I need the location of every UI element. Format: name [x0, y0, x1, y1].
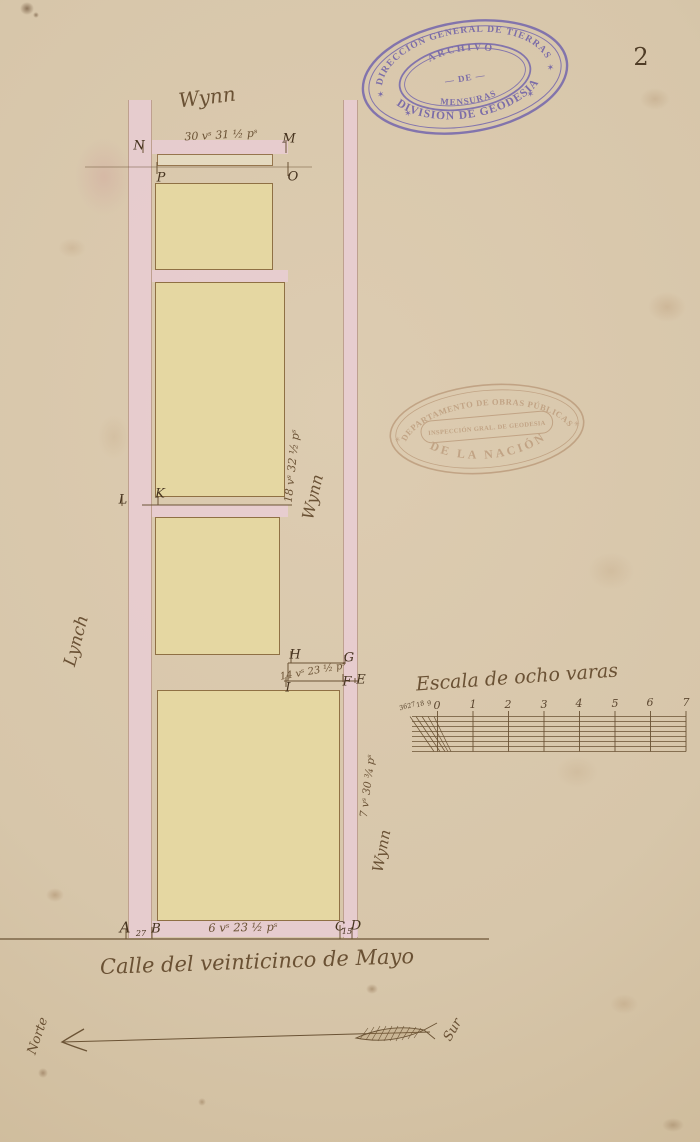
scale-unit-7: 7	[683, 696, 690, 709]
neighbor-name-top: Wynn	[177, 84, 236, 111]
stamp-obras-inner-text: INSPECCIÓN GRAL. DE GEODESIA	[428, 419, 546, 437]
stamp-obras: DEPARTAMENTO DE OBRAS PÚBLICAS INSPECCIÓ…	[387, 377, 588, 482]
stamp-tierras-inner-ring-2	[400, 40, 529, 113]
stamp-tierras-arc-bottom: DIVISION DE GEODESIA	[393, 75, 545, 132]
stamp-tierras-star-bl-icon: ✶	[404, 109, 413, 120]
stamp-obras-outer-ring	[387, 377, 588, 482]
setback-rect	[157, 154, 273, 166]
arrow-feather	[356, 1028, 424, 1040]
stamp-obras-outer-ring-2	[392, 383, 581, 476]
scale-unit-1: 1	[470, 698, 477, 711]
scale-unit-5: 5	[612, 697, 619, 710]
paper-stain	[662, 1118, 684, 1132]
stamp-tierras-arc-bottom-text: DIVISION DE GEODESIA	[393, 75, 545, 132]
survey-plan-page: 2	[0, 0, 700, 1142]
dimension-bottom: 6 vˢ 23 ½ pˢ	[208, 922, 278, 935]
parcel-3	[155, 517, 280, 655]
stamp-obras-inner-box	[420, 410, 553, 443]
paper-stain	[588, 552, 634, 590]
scale-unit-3: 3	[541, 698, 548, 711]
point-I: I	[285, 682, 290, 695]
paper-stain	[610, 994, 638, 1014]
arrow-shaft	[62, 1032, 430, 1042]
point-K: K	[155, 488, 165, 501]
stamp-tierras-inner-ring	[395, 35, 535, 119]
paper-stain	[198, 1098, 206, 1106]
point-E: E	[356, 674, 366, 687]
point-G: G	[344, 652, 354, 665]
stamp-tierras-star-left-icon: ✶	[376, 90, 385, 101]
point-D: D	[351, 920, 361, 933]
scale-unit-4: 4	[575, 697, 583, 710]
stamp-obras-star-left-icon: ✳	[394, 436, 401, 444]
paper-stain	[98, 415, 130, 459]
street-name: Calle del veinticinco de Mayo	[100, 946, 415, 978]
point-A: A	[120, 921, 131, 936]
street-strip-north	[152, 140, 288, 154]
parcel-2	[155, 282, 285, 497]
stamp-tierras-inner-line1: ARCHIVO	[425, 38, 497, 65]
paper-stain	[648, 292, 686, 322]
stamp-tierras: DIRECCION GENERAL DE TIERRAS DIVISION DE…	[355, 7, 576, 148]
paper-stain	[640, 88, 670, 110]
paper-stain	[58, 238, 86, 258]
stamp-tierras-arc-top-text: DIRECCION GENERAL DE TIERRAS	[368, 13, 553, 88]
dimension-east-upper: 18 vˢ 32 ½ pˢ	[283, 429, 302, 503]
point-O: O	[288, 171, 299, 184]
scale-verticals	[438, 711, 687, 752]
scale-subdivision-9: 9	[426, 699, 433, 708]
parcel-1	[155, 183, 273, 270]
north-arrow	[62, 1023, 437, 1051]
arrow-tail-fork	[424, 1023, 437, 1039]
point-H: H	[289, 649, 300, 662]
scale-subdivision-27: 27	[405, 700, 417, 711]
paper-stain	[366, 984, 378, 994]
stamp-tierras-star-br-icon: ✶	[526, 89, 535, 100]
stamp-obras-arc-top-text: DEPARTAMENTO DE OBRAS PÚBLICAS	[396, 390, 576, 444]
arrow-feather-hatch	[360, 1026, 421, 1041]
paper-stain	[38, 1068, 48, 1078]
parcel-4	[157, 690, 340, 921]
paper-stain	[46, 888, 64, 902]
paper-stain	[556, 756, 598, 788]
stamp-tierras-outer-ring	[355, 7, 576, 148]
neighbor-name-west: Lynch	[62, 614, 92, 669]
dimension-east-lower: 7 vˢ 30 ¾ pˢ	[359, 754, 377, 818]
point-F: F	[342, 676, 351, 689]
scale-bar	[410, 711, 686, 752]
point-B: B	[151, 923, 161, 936]
point-P: P	[157, 172, 166, 185]
paper-stain	[20, 2, 34, 15]
stamp-tierras-inner-line2: — DE —	[443, 70, 486, 86]
scale-bar-numbers: 0 1 2 3 4 5 6 7 36 27 18 9	[398, 696, 689, 712]
passage-strip-2	[152, 505, 288, 517]
point-N: N	[133, 140, 144, 153]
stamp-tierras-arc-top: DIRECCION GENERAL DE TIERRAS	[368, 13, 553, 88]
stamp-obras-arc-bottom-text: DE LA NACIÓN	[427, 428, 550, 466]
scale-subdivision-18: 18	[415, 699, 426, 709]
compass-north-label: Norte	[26, 1016, 51, 1056]
arrow-head	[62, 1029, 87, 1051]
passage-strip-1	[152, 270, 288, 282]
street-strip-east	[343, 100, 358, 938]
compass-south-label: Sur	[441, 1017, 464, 1044]
page-number: 2	[633, 45, 648, 69]
scale-subdivision-36: 36	[398, 702, 409, 712]
stamp-tierras-star-right-icon: ✶	[546, 63, 555, 74]
dimension-middle: 14 vˢ 23 ½ pˢ	[279, 661, 346, 682]
neighbor-name-east-lower: Wynn	[371, 829, 394, 874]
scale-diagonals	[410, 717, 451, 752]
paper-stain	[75, 138, 133, 216]
paper-stain	[33, 12, 39, 18]
scale-unit-6: 6	[647, 696, 654, 709]
scale-horizontals	[412, 717, 686, 752]
stamp-tierras-inner-line3: MENSURAS	[438, 87, 498, 110]
stamp-tierras-outer-ring-2	[361, 13, 568, 141]
street-strip-west	[128, 100, 152, 938]
neighbor-name-east-upper: Wynn	[300, 473, 326, 521]
scale-title: Escala de ocho varas	[415, 661, 618, 694]
stamp-obras-star-right-icon: ✳	[574, 420, 581, 428]
point-L: L	[119, 494, 128, 507]
scale-unit-0: 0	[434, 699, 441, 712]
point-M: M	[282, 133, 295, 146]
scale-unit-2: 2	[504, 698, 512, 711]
gap-ab-value: 27	[136, 930, 146, 938]
